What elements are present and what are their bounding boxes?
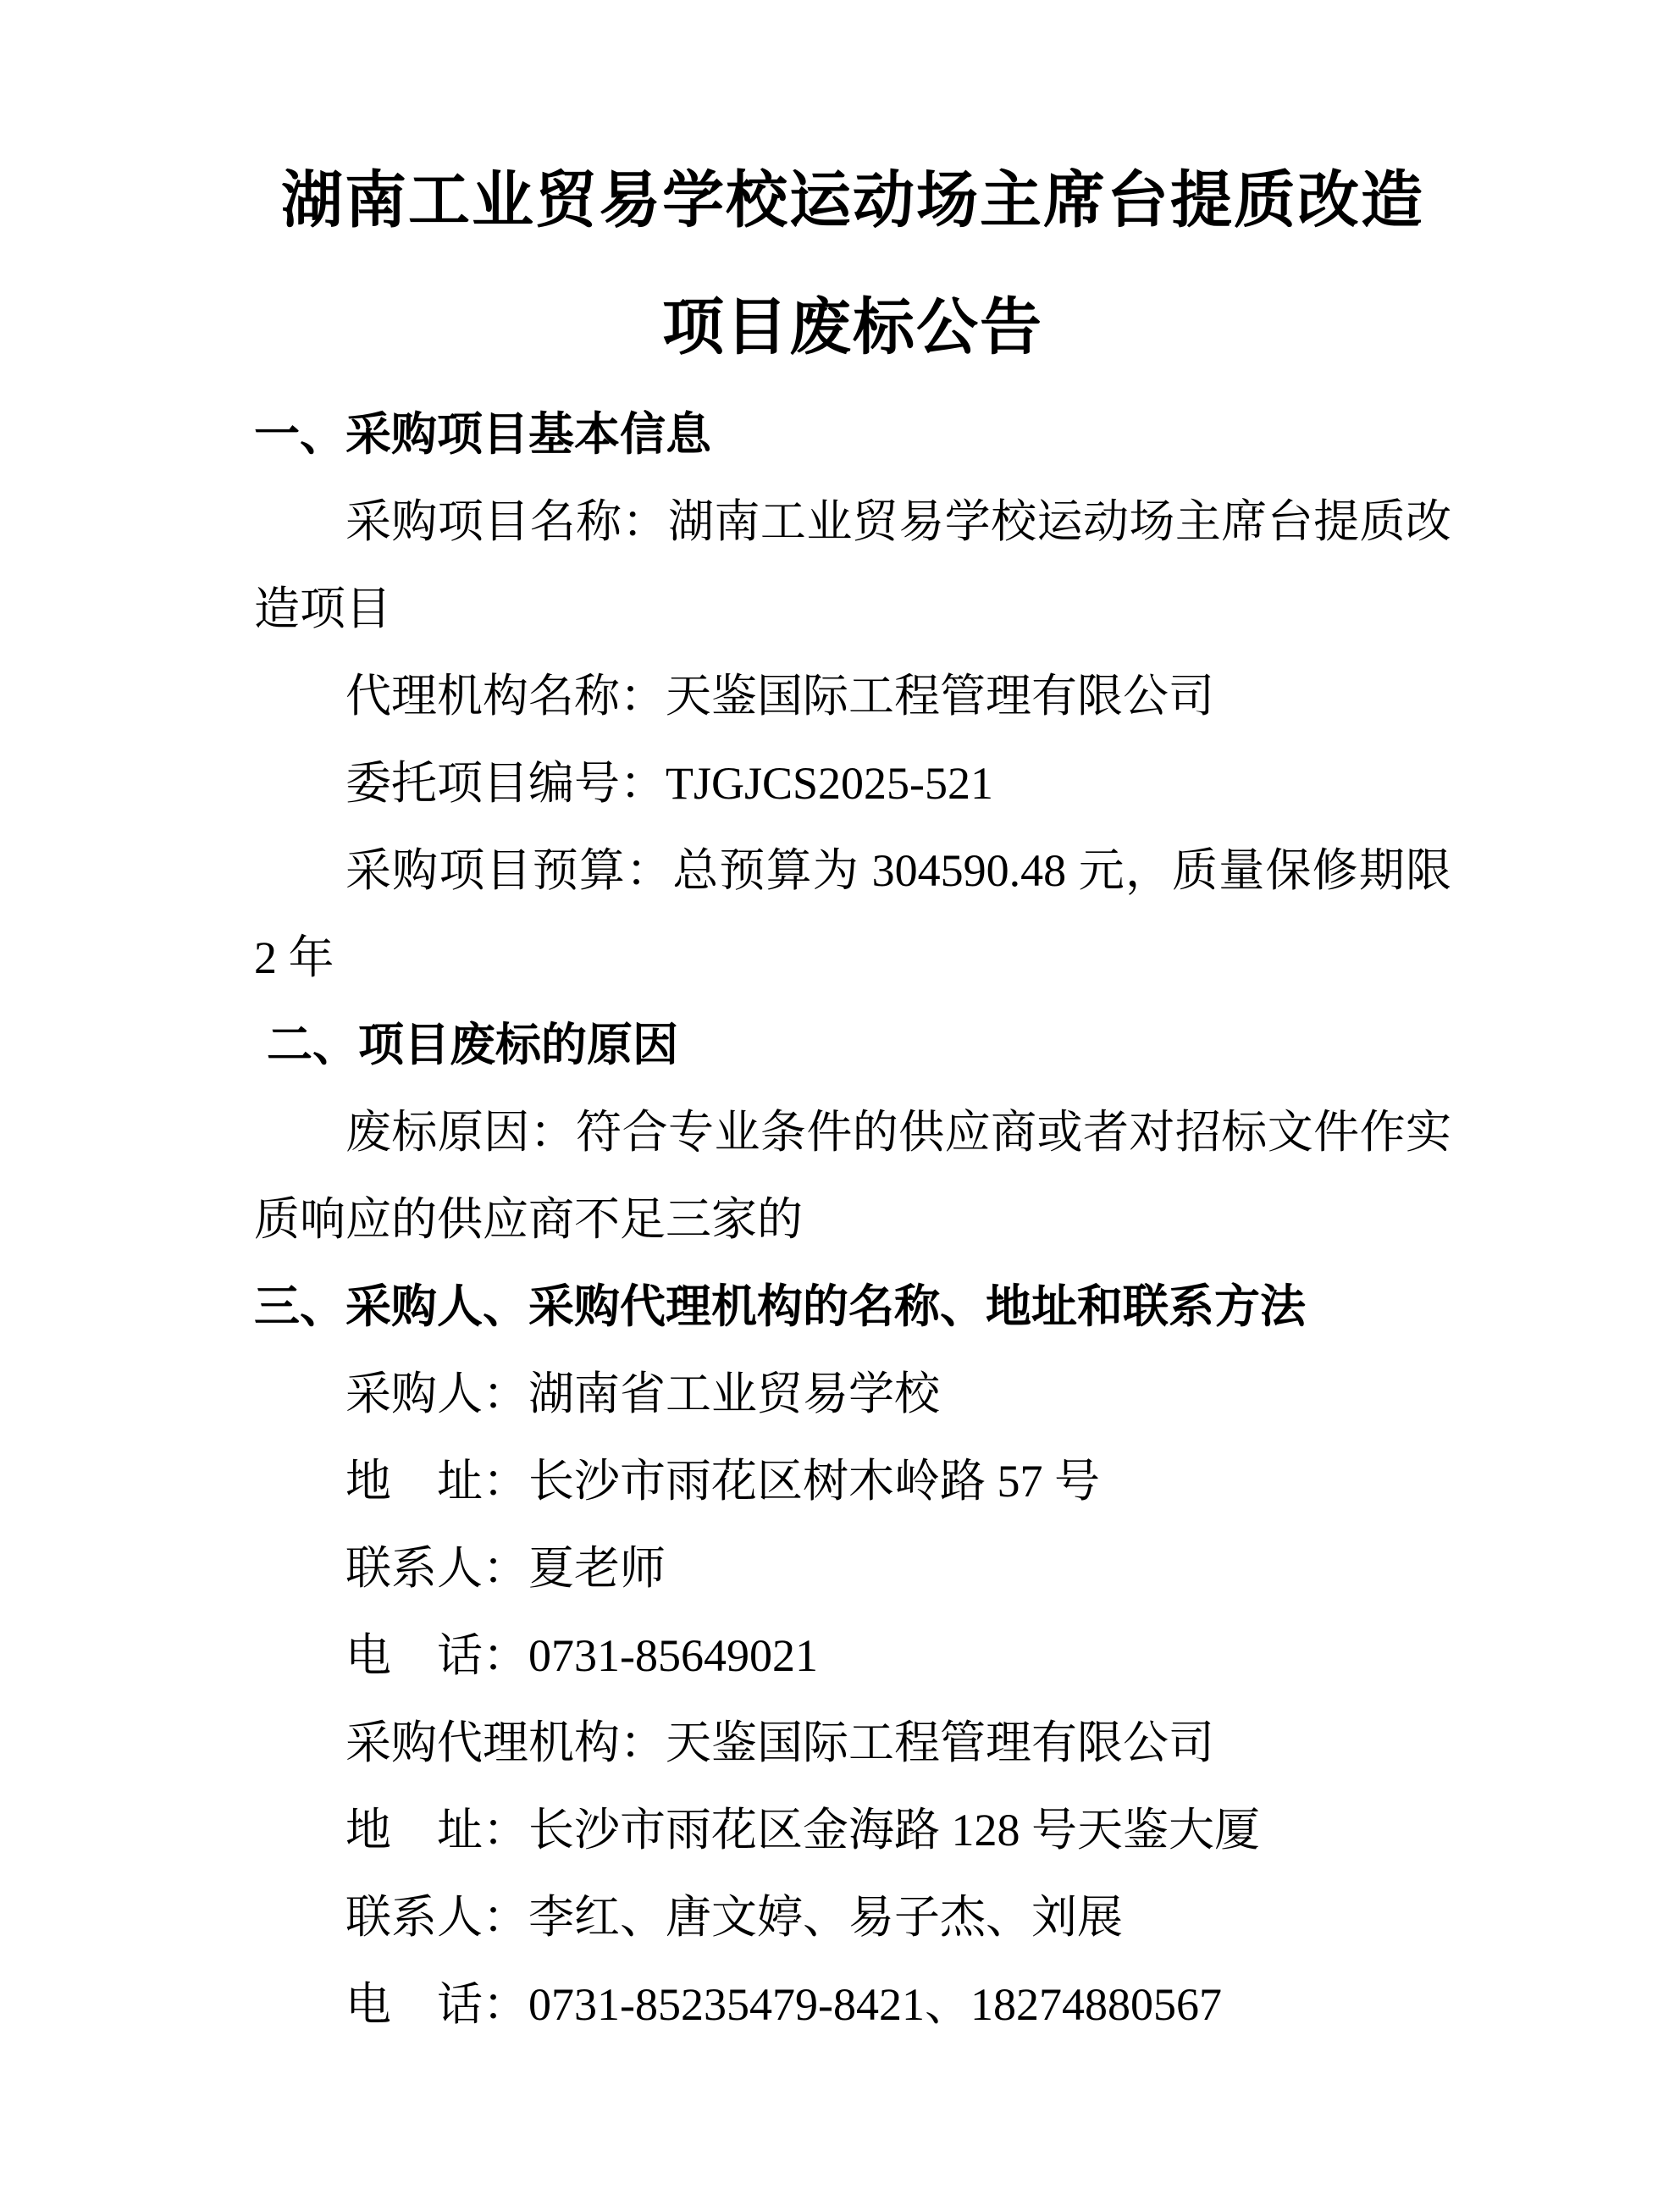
document-body: 一、采购项目基本信息采购项目名称：湖南工业贸易学校运动场主席台提质改造项目代理机… <box>254 391 1451 2049</box>
cancellation-reason-line-1: 废标原因：符合专业条件的供应商或者对招标文件作实 <box>254 1089 1451 1176</box>
purchaser-contact-block: 联系人：夏老师 <box>254 1525 1451 1612</box>
agency-address-block: 地 址：长沙市雨花区金海路 128 号天鉴大厦 <box>254 1787 1451 1874</box>
agency-address-line-1: 地 址：长沙市雨花区金海路 128 号天鉴大厦 <box>254 1787 1451 1874</box>
section-1-heading-block: 一、采购项目基本信息 <box>254 391 1451 478</box>
purchaser-address-line-1: 地 址：长沙市雨花区树木岭路 57 号 <box>254 1438 1451 1525</box>
agency-contacts-block: 联系人：李红、唐文婷、易子杰、刘展 <box>254 1874 1451 1961</box>
project-number-line-1: 委托项目编号：TJGJCS2025-521 <box>254 740 1451 827</box>
project-name-line-1: 采购项目名称：湖南工业贸易学校运动场主席台提质改 <box>254 478 1451 566</box>
cancellation-reason-line-2: 质响应的供应商不足三家的 <box>254 1176 1451 1264</box>
agency-phones-line-1: 电 话：0731-85235479-8421、18274880567 <box>254 1961 1451 2049</box>
document-title-line-1: 湖南工业贸易学校运动场主席台提质改造 <box>254 137 1451 264</box>
project-budget-block: 采购项目预算：总预算为 304590.48 元，质量保修期限2 年 <box>254 827 1451 1002</box>
document-title-line-2: 项目废标公告 <box>254 264 1451 391</box>
procurement-agency-block: 采购代理机构：天鉴国际工程管理有限公司 <box>254 1700 1451 1787</box>
agency-phones-block: 电 话：0731-85235479-8421、18274880567 <box>254 1961 1451 2049</box>
section-1-heading: 一、采购项目基本信息 <box>254 391 1451 478</box>
section-2-heading: 二、项目废标的原因 <box>254 1002 1451 1089</box>
section-2-heading-block: 二、项目废标的原因 <box>254 1002 1451 1089</box>
procurement-agency-line-1: 采购代理机构：天鉴国际工程管理有限公司 <box>254 1700 1451 1787</box>
agency-name-line-1: 代理机构名称：天鉴国际工程管理有限公司 <box>254 653 1451 740</box>
purchaser-phone-line-1: 电 话：0731-85649021 <box>254 1612 1451 1700</box>
project-number-block: 委托项目编号：TJGJCS2025-521 <box>254 740 1451 827</box>
project-name-line-2: 造项目 <box>254 566 1451 653</box>
purchaser-phone-block: 电 话：0731-85649021 <box>254 1612 1451 1700</box>
purchaser-contact-line-1: 联系人：夏老师 <box>254 1525 1451 1612</box>
cancellation-reason-block: 废标原因：符合专业条件的供应商或者对招标文件作实质响应的供应商不足三家的 <box>254 1089 1451 1264</box>
agency-contacts-line-1: 联系人：李红、唐文婷、易子杰、刘展 <box>254 1874 1451 1961</box>
project-budget-line-1: 采购项目预算：总预算为 304590.48 元，质量保修期限 <box>254 827 1451 915</box>
section-3-heading: 三、采购人、采购代理机构的名称、地址和联系方法 <box>254 1264 1451 1351</box>
purchaser-line-1: 采购人：湖南省工业贸易学校 <box>254 1351 1451 1438</box>
project-name-block: 采购项目名称：湖南工业贸易学校运动场主席台提质改造项目 <box>254 478 1451 653</box>
purchaser-block: 采购人：湖南省工业贸易学校 <box>254 1351 1451 1438</box>
document-content: 湖南工业贸易学校运动场主席台提质改造 项目废标公告 一、采购项目基本信息采购项目… <box>0 0 1680 2049</box>
section-3-heading-block: 三、采购人、采购代理机构的名称、地址和联系方法 <box>254 1264 1451 1351</box>
project-budget-line-2: 2 年 <box>254 915 1451 1002</box>
purchaser-address-block: 地 址：长沙市雨花区树木岭路 57 号 <box>254 1438 1451 1525</box>
document-page: 湖南工业贸易学校运动场主席台提质改造 项目废标公告 一、采购项目基本信息采购项目… <box>0 0 1680 2201</box>
document-title: 湖南工业贸易学校运动场主席台提质改造 项目废标公告 <box>254 137 1451 391</box>
agency-name-block: 代理机构名称：天鉴国际工程管理有限公司 <box>254 653 1451 740</box>
